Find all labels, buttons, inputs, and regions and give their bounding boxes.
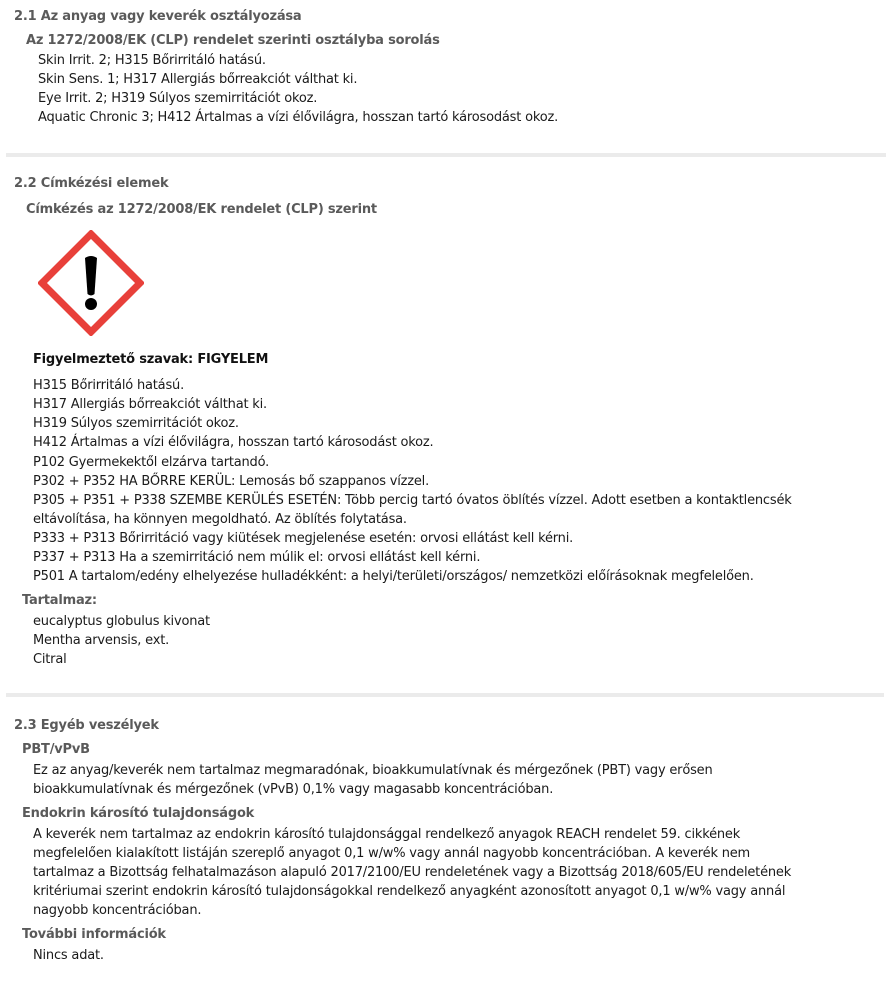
classification-item: Aquatic Chronic 3; H412 Ártalmas a vízi … <box>38 108 558 127</box>
clp-labelling-subheading: Címkézés az 1272/2008/EK rendelet (CLP) … <box>26 202 377 217</box>
precautionary-statement: P337 + P313 Ha a szemirritáció nem múlik… <box>33 548 480 567</box>
section-divider <box>6 153 886 157</box>
ingredient-item: Citral <box>33 650 67 669</box>
pbt-vpvb-label: PBT/vPvB <box>22 742 90 757</box>
classification-item: Skin Sens. 1; H317 Allergiás bőrreakciót… <box>38 70 357 89</box>
hazard-statement: H315 Bőrirritáló hatású. <box>33 376 184 395</box>
section-divider <box>6 693 884 697</box>
ingredient-item: eucalyptus globulus kivonat <box>33 612 210 631</box>
classification-item: Eye Irrit. 2; H319 Súlyos szemirritációt… <box>38 89 317 108</box>
ghs07-exclamation-mark-icon <box>38 230 144 336</box>
classification-item: Skin Irrit. 2; H315 Bőrirritáló hatású. <box>38 51 266 70</box>
endocrine-text-line: A keverék nem tartalmaz az endokrin káro… <box>33 825 740 844</box>
endocrine-text-line: kritériumai szerint endokrin károsító tu… <box>33 882 785 901</box>
signal-word: Figyelmeztető szavak: FIGYELEM <box>33 352 268 367</box>
precautionary-statement: P102 Gyermekektől elzárva tartandó. <box>33 453 269 472</box>
endocrine-text-line: tartalmaz a Bizottság felhatalmazáson al… <box>33 863 791 882</box>
precautionary-statement: P302 + P352 HA BŐRRE KERÜL: Lemosás bő s… <box>33 472 429 491</box>
precautionary-statement-continued: eltávolítása, ha könnyen megoldható. Az … <box>33 510 407 529</box>
section-2-3-heading: 2.3 Egyéb veszélyek <box>14 718 159 733</box>
hazard-statement: H317 Allergiás bőrreakciót válthat ki. <box>33 395 267 414</box>
precautionary-statement: P333 + P313 Bőrirritáció vagy kiütések m… <box>33 529 573 548</box>
clp-classification-subheading: Az 1272/2008/EK (CLP) rendelet szerinti … <box>26 33 440 48</box>
pbt-text-line: Ez az anyag/keverék nem tartalmaz megmar… <box>33 761 712 780</box>
endocrine-text-line: nagyobb koncentrációban. <box>33 901 201 920</box>
sds-section-2-page: 2.1 Az anyag vagy keverék osztályozása A… <box>0 0 894 1000</box>
further-info-label: További információk <box>22 927 166 942</box>
section-2-2-heading: 2.2 Címkézési elemek <box>14 176 168 191</box>
precautionary-statement: P501 A tartalom/edény elhelyezése hullad… <box>33 567 754 586</box>
hazard-statement: H319 Súlyos szemirritációt okoz. <box>33 414 239 433</box>
endocrine-label: Endokrin károsító tulajdonságok <box>22 806 254 821</box>
section-2-1-heading: 2.1 Az anyag vagy keverék osztályozása <box>14 9 302 24</box>
contains-label: Tartalmaz: <box>22 593 97 608</box>
endocrine-text-line: megfelelően kialakított listáján szerepl… <box>33 844 750 863</box>
ingredient-item: Mentha arvensis, ext. <box>33 631 169 650</box>
pbt-text-line: bioakkumulatívnak és mérgezőnek (vPvB) 0… <box>33 780 553 799</box>
precautionary-statement: P305 + P351 + P338 SZEMBE KERÜLÉS ESETÉN… <box>33 491 792 510</box>
hazard-statement: H412 Ártalmas a vízi élővilágra, hosszan… <box>33 433 433 452</box>
further-info-text: Nincs adat. <box>33 946 104 965</box>
